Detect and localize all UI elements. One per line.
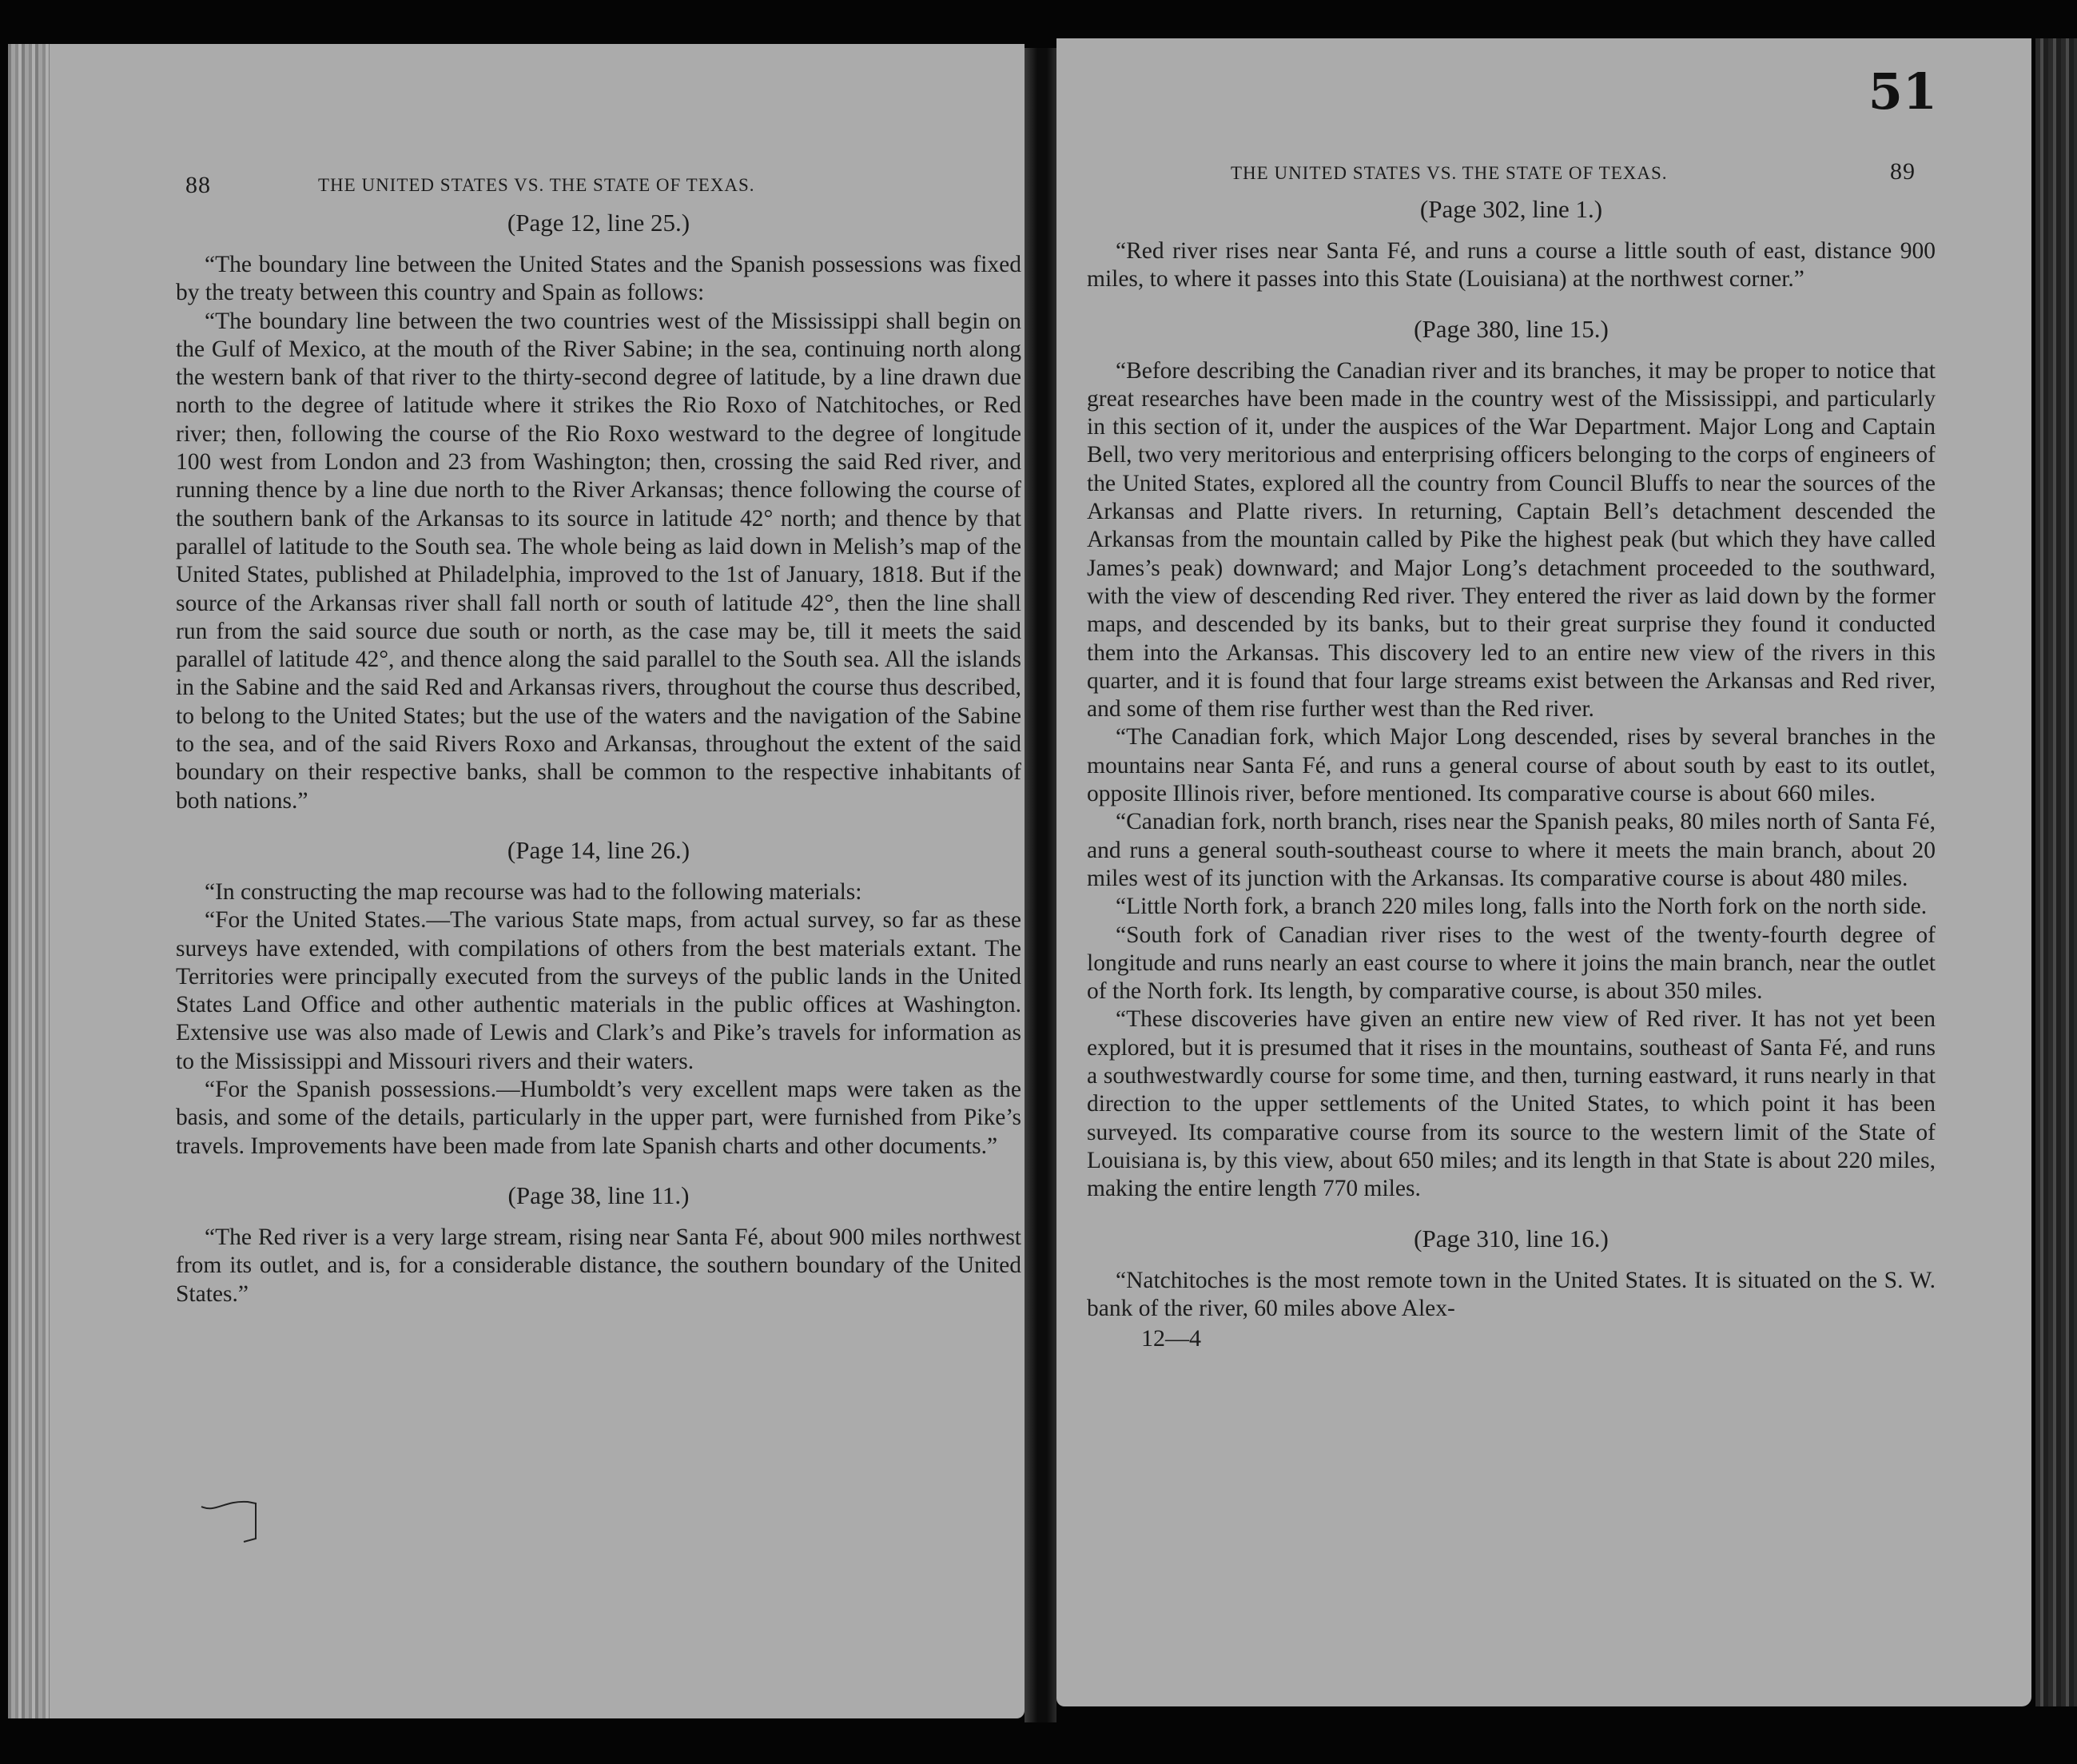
citation: (Page 38, line 11.) (176, 1181, 1021, 1209)
signature-mark: 12—4 (1141, 1324, 1936, 1352)
paragraph: “South fork of Canadian river rises to t… (1087, 922, 1936, 1006)
paragraph: “Natchitoches is the most remote town in… (1087, 1267, 1936, 1324)
page-number: 88 (185, 172, 211, 199)
paragraph: “These discoveries have given an entire … (1087, 1005, 1936, 1203)
paragraph: “The Canadian fork, which Major Long des… (1087, 723, 1936, 808)
page-number: 89 (1890, 158, 1916, 185)
paragraph: “For the United States.—The various Stat… (176, 906, 1021, 1076)
running-head-title: THE UNITED STATES VS. THE STATE OF TEXAS… (318, 175, 755, 196)
paragraph: “Canadian fork, north branch, rises near… (1087, 808, 1936, 893)
running-head-title: THE UNITED STATES VS. THE STATE OF TEXAS… (1231, 163, 1668, 184)
citation: (Page 302, line 1.) (1087, 195, 1936, 223)
right-text-column: THE UNITED STATES VS. THE STATE OF TEXAS… (1087, 126, 1936, 1352)
page-edge-stack (8, 44, 50, 1718)
paragraph: “For the Spanish possessions.—Humboldt’s… (176, 1076, 1021, 1161)
citation: (Page 12, line 25.) (176, 209, 1021, 237)
pencil-bracket-mark (200, 1499, 296, 1547)
right-page: 51 THE UNITED STATES VS. THE STATE OF TE… (1056, 38, 2031, 1706)
paragraph: “The boundary line between the United St… (176, 251, 1021, 308)
paragraph: “Little North fork, a branch 220 miles l… (1087, 893, 1936, 921)
left-text-column: 88 THE UNITED STATES VS. THE STATE OF TE… (176, 140, 1021, 1308)
paragraph: “The boundary line between the two count… (176, 308, 1021, 815)
page-edge-stack (2035, 38, 2077, 1706)
paragraph: “The Red river is a very large stream, r… (176, 1224, 1021, 1308)
paragraph: “Red river rises near Santa Fé, and runs… (1087, 237, 1936, 294)
paragraph: “Before describing the Canadian river an… (1087, 357, 1936, 724)
citation: (Page 14, line 26.) (176, 836, 1021, 864)
book-gutter (1025, 48, 1056, 1722)
running-head: 88 THE UNITED STATES VS. THE STATE OF TE… (176, 140, 1021, 188)
stamped-page-number: 51 (1868, 62, 1937, 121)
running-head: THE UNITED STATES VS. THE STATE OF TEXAS… (1087, 126, 1936, 174)
paragraph: “In constructing the map recourse was ha… (176, 878, 1021, 906)
citation: (Page 380, line 15.) (1087, 315, 1936, 343)
left-page: 88 THE UNITED STATES VS. THE STATE OF TE… (8, 44, 1025, 1718)
citation: (Page 310, line 16.) (1087, 1224, 1936, 1252)
